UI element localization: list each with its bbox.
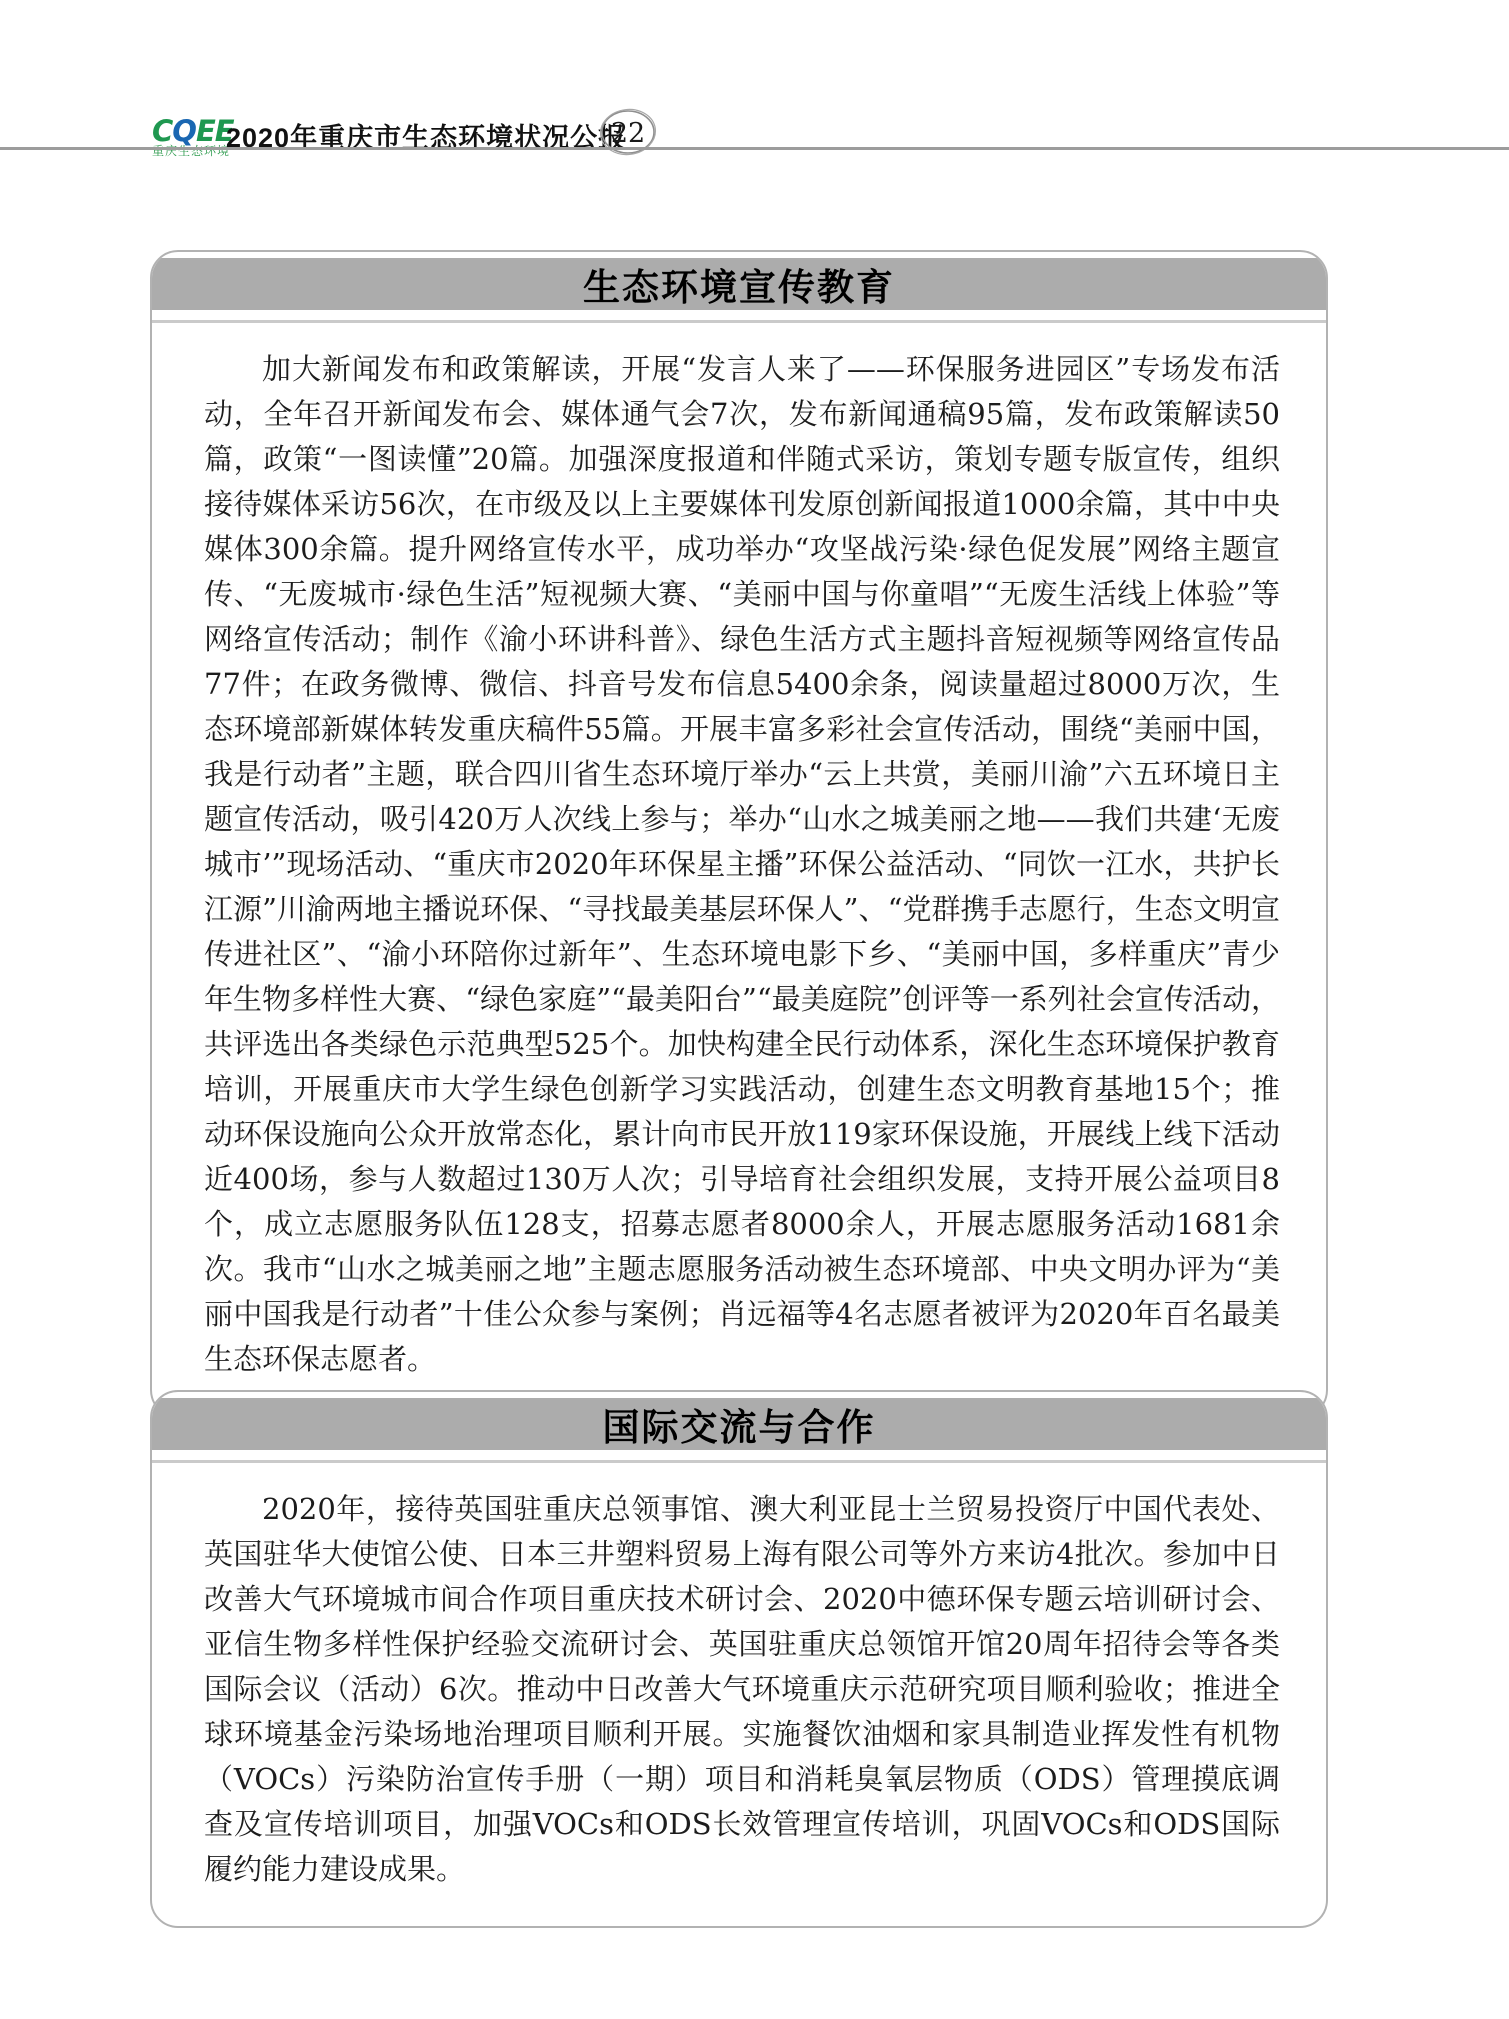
section-header-bar: 国际交流与合作: [152, 1398, 1326, 1450]
section-title: 生态环境宣传教育: [583, 257, 895, 311]
page-number-badge: 22: [598, 106, 658, 158]
page-number: 22: [611, 118, 645, 149]
section-header-bar: 生态环境宣传教育: [152, 258, 1326, 310]
logo-letter: E: [196, 114, 215, 148]
section-title: 国际交流与合作: [603, 1397, 876, 1451]
section-international-cooperation: 国际交流与合作 2020年，接待英国驻重庆总领事馆、澳大利亚昆士兰贸易投资厅中国…: [150, 1390, 1328, 1928]
header-divider: [0, 147, 1509, 150]
section-paragraph: 加大新闻发布和政策解读，开展“发言人来了——环保服务进园区”专场发布活动，全年召…: [204, 347, 1280, 1382]
logo-letter: Q: [172, 114, 196, 148]
section-body: 加大新闻发布和政策解读，开展“发言人来了——环保服务进园区”专场发布活动，全年召…: [152, 323, 1326, 1416]
section-body: 2020年，接待英国驻重庆总领事馆、澳大利亚昆士兰贸易投资厅中国代表处、英国驻华…: [152, 1463, 1326, 1926]
section-publicity-education: 生态环境宣传教育 加大新闻发布和政策解读，开展“发言人来了——环保服务进园区”专…: [150, 250, 1328, 1418]
page-header: CQEE 重庆生态环境 2020年重庆市生态环境状况公报 22: [0, 0, 1509, 160]
section-paragraph: 2020年，接待英国驻重庆总领事馆、澳大利亚昆士兰贸易投资厅中国代表处、英国驻华…: [204, 1487, 1280, 1892]
logo-letter: C: [152, 114, 172, 148]
